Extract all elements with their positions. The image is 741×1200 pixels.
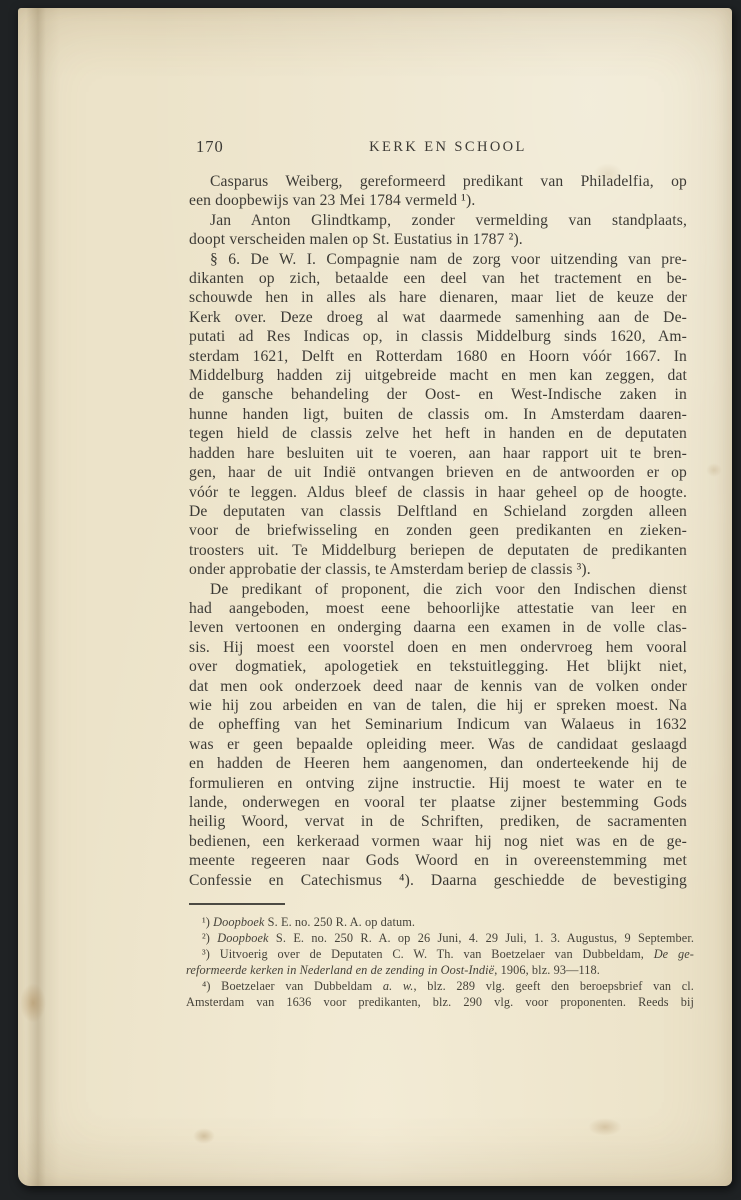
footnote-text: S. E. no. 250 R. A. op 26 Juni, 4. 29 Ju… xyxy=(269,931,694,945)
text-line: Casparus Weiberg, gereformeerd predikant… xyxy=(189,172,687,191)
footnote-italic-text: De ge- xyxy=(654,947,694,961)
text-line: heilig Woord, vervat in de Schriften, pr… xyxy=(189,812,687,831)
text-line: Jan Anton Glindtkamp, zonder vermelding … xyxy=(189,211,687,230)
footnote-line: Amsterdam van 1636 voor predikanten, blz… xyxy=(186,995,694,1011)
footnote-text: S. E. no. 250 R. A. op datum. xyxy=(265,915,416,929)
footnote-line: ³) Uitvoerig over de Deputaten C. W. Th.… xyxy=(186,947,694,963)
footnote-text: , 1906, blz. 93—118. xyxy=(494,963,600,977)
text-line: De deputaten van classis Delftland en Sc… xyxy=(189,502,687,521)
footnote-text: ²) xyxy=(202,931,217,945)
text-line: doopt verscheiden malen op St. Eustatius… xyxy=(189,230,687,249)
text-line: de gansche behandeling der Oost- en West… xyxy=(189,385,687,404)
text-line: vóór te leggen. Aldus bleef de classis i… xyxy=(189,483,687,502)
footnote-italic-text: reformeerde kerken in Nederland en de ze… xyxy=(186,963,494,977)
text-line: sterdam 1621, Delft en Rotterdam 1680 en… xyxy=(189,347,687,366)
text-line: § 6. De W. I. Compagnie nam de zorg voor… xyxy=(189,250,687,269)
text-line: Middelburg hadden zij uitgebreide macht … xyxy=(189,366,687,385)
text-line: onder approbatie der classis, te Amsterd… xyxy=(189,560,687,579)
text-line: had aangeboden, moest eene behoorlijke a… xyxy=(189,599,687,618)
footnote-text: ³) Uitvoerig over de Deputaten C. W. Th.… xyxy=(202,947,654,961)
footnote-line: reformeerde kerken in Nederland en de ze… xyxy=(186,963,694,979)
footnote-line: ⁴) Boetzelaer van Dubbeldam a. w., blz. … xyxy=(186,979,694,995)
text-line: troosters uit. Te Middelburg beriepen de… xyxy=(189,541,687,560)
page-header: 170 KERK EN SCHOOL xyxy=(189,137,687,157)
text-line: sis. Hij moest een voorstel doen en men … xyxy=(189,638,687,657)
paper-stain xyxy=(20,983,46,1023)
text-line: meente regeeren naar Gods Woord en in ov… xyxy=(189,851,687,870)
footnote-italic-text: Doopboek xyxy=(217,931,268,945)
text-line: De predikant of proponent, die zich voor… xyxy=(189,580,687,599)
text-line: leven vertoonen en onderging daarna een … xyxy=(189,618,687,637)
text-line: hunne handen ligt, buiten de classis om.… xyxy=(189,405,687,424)
text-line: Confessie en Catechismus ⁴). Daarna gesc… xyxy=(189,871,687,890)
scan-background: 170 KERK EN SCHOOL Casparus Weiberg, ger… xyxy=(0,0,741,1200)
text-line: tegen hield de classis zelve het heft in… xyxy=(189,424,687,443)
text-line: schouwde hen in alles als hare dienaren,… xyxy=(189,288,687,307)
text-line: en hadden de Heeren hem aangenomen, dan … xyxy=(189,754,687,773)
footnote-line: ²) Doopboek S. E. no. 250 R. A. op 26 Ju… xyxy=(186,931,694,947)
text-line: een doopbewijs van 23 Mei 1784 vermeld ¹… xyxy=(189,191,687,210)
text-line: hadden hare besluiten uit te voeren, aan… xyxy=(189,444,687,463)
paper-stain xyxy=(706,463,722,477)
text-line: voor de briefwisseling en zonden geen pr… xyxy=(189,521,687,540)
footnote-italic-text: Doopboek xyxy=(213,915,264,929)
footnote-italic-text: a. w. xyxy=(383,979,414,993)
text-line: gen, haar de uit Indië ontvangen brieven… xyxy=(189,463,687,482)
text-line: dat men ook onderzoek deed naar de kenni… xyxy=(189,677,687,696)
text-line: bedienen, een kerkeraad vormen waar hij … xyxy=(189,832,687,851)
text-line: was er geen bepaalde opleiding meer. Was… xyxy=(189,735,687,754)
paper-stain xyxy=(588,1118,622,1136)
footnote-text: , blz. 289 vlg. geeft den beroepsbrief v… xyxy=(413,979,694,993)
running-title: KERK EN SCHOOL xyxy=(199,139,697,156)
book-page: 170 KERK EN SCHOOL Casparus Weiberg, ger… xyxy=(18,8,732,1186)
text-line: Kerk over. Deze droeg al wat daarmede sa… xyxy=(189,308,687,327)
text-line: putati ad Res Indicas op, in classis Mid… xyxy=(189,327,687,346)
body-text: Casparus Weiberg, gereformeerd predikant… xyxy=(189,172,687,890)
footnote-separator xyxy=(189,903,285,905)
footnotes: ¹) Doopboek S. E. no. 250 R. A. op datum… xyxy=(186,915,694,1010)
text-line: lande, onderwegen en vooral ter plaatse … xyxy=(189,793,687,812)
footnote-text: ¹) xyxy=(202,915,213,929)
text-line: wie hij zou arbeiden en van de talen, di… xyxy=(189,696,687,715)
footnote-text: Amsterdam van 1636 voor predikanten, blz… xyxy=(186,995,694,1009)
text-line: over dogmatiek, apologetiek en tekstuitl… xyxy=(189,657,687,676)
page-crease xyxy=(26,8,60,1186)
footnote-line: ¹) Doopboek S. E. no. 250 R. A. op datum… xyxy=(186,915,694,931)
text-line: formulieren en ontving zijne instructie.… xyxy=(189,774,687,793)
text-line: de opheffing van het Seminarium Indicum … xyxy=(189,715,687,734)
paper-stain xyxy=(193,1128,215,1144)
footnote-text: ⁴) Boetzelaer van Dubbeldam xyxy=(202,979,383,993)
text-line: dikanten op zich, betaalde een deel van … xyxy=(189,269,687,288)
